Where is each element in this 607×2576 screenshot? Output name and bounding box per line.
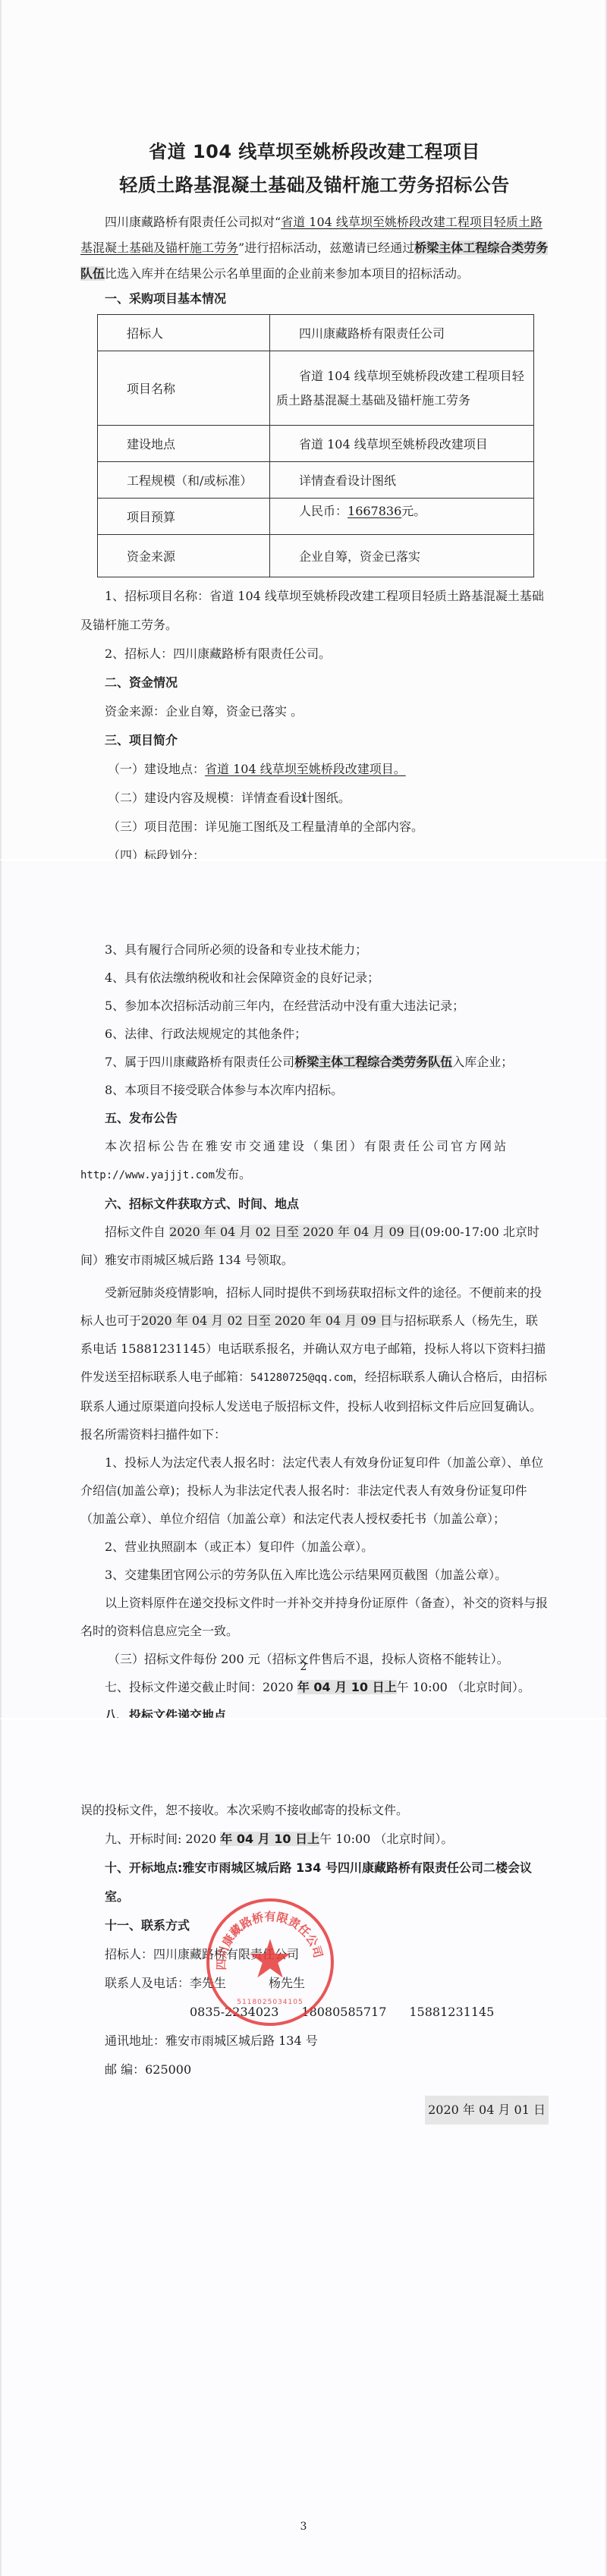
contact-postcode: 邮 编：625000 xyxy=(80,2055,549,2084)
section-6-heading: 六、招标文件获取方式、时间、地点 xyxy=(80,1190,549,1218)
contact-persons: 联系人及电话：李先生杨先生 xyxy=(80,1969,549,1998)
material-item: 2、营业执照副本（或正本）复印件（加盖公章）。 xyxy=(80,1533,549,1561)
page-2: 3、具有履行合同所必须的设备和专业技术能力； 4、具有依法缴纳税收和社会保障资金… xyxy=(0,859,607,1718)
remote-obtain-text: 受新冠肺炎疫情影响，招标人同时提供不到场获取招标文件的途径。不便前来的投标人也可… xyxy=(80,1279,549,1448)
budget-amount: 1667836 xyxy=(348,504,401,518)
phone-number[interactable]: 18080585717 xyxy=(301,1998,386,2027)
page-2-content: 3、具有履行合同所必须的设备和专业技术能力； 4、具有依法缴纳税收和社会保障资金… xyxy=(80,936,549,1718)
table-row: 项目预算 人民币：1667836元。 xyxy=(98,499,534,535)
title-line-2: 轻质土路基混凝土基础及锚杆施工劳务招标公告 xyxy=(80,168,549,202)
phone-number[interactable]: 15881231145 xyxy=(409,1998,494,2027)
table-row: 建设地点 省道 104 线草坝至姚桥段改建项目 xyxy=(98,426,534,462)
section-11-heading: 十一、联系方式 xyxy=(80,1911,549,1940)
item-tender-name: 1、招标项目名称：省道 104 线草坝至姚桥段改建工程项目轻质土路基混凝土基础及… xyxy=(80,582,549,640)
lots-heading: （四）标段划分： xyxy=(80,841,549,859)
condition-item: 3、具有履行合同所必须的设备和专业技术能力； xyxy=(80,936,549,964)
condition-item: 4、具有依法缴纳税收和社会保障资金的良好记录； xyxy=(80,964,549,992)
section-1-heading: 一、采购项目基本情况 xyxy=(80,287,549,311)
table-row: 资金来源 企业自筹，资金已落实 xyxy=(98,535,534,577)
page-3: 误的投标文件，恕不接收。本次采购不接收邮寄的投标文件。 九、开标时间: 2020… xyxy=(0,1718,607,2576)
obtain-docs-text: 招标文件自 2020 年 04 月 02 日至 2020 年 04 月 09 日… xyxy=(80,1218,549,1274)
section-9-opening-time: 九、开标时间: 2020 年 04 月 10 日上午 10:00 （北京时间）。 xyxy=(80,1825,549,1854)
title-line-1: 省道 104 线草坝至姚桥段改建工程项目 xyxy=(80,135,549,168)
section-3-heading: 三、项目简介 xyxy=(80,726,549,755)
contact-address: 通讯地址：雅安市雨城区城后路 134 号 xyxy=(80,2027,549,2055)
phone-number[interactable]: 0835-2234023 xyxy=(190,1998,278,2027)
condition-item: 8、本项目不接受联合体参与本次库内招标。 xyxy=(80,1076,549,1104)
section-10-opening-place: 十、开标地点:雅安市雨城区城后路 134 号四川康藏路桥有限责任公司二楼会议室。 xyxy=(80,1854,549,1911)
page-number: 1 xyxy=(2,792,605,804)
section-8-heading: 八、投标文件递交地点 xyxy=(80,1701,549,1718)
project-info-table: 招标人 四川康藏路桥有限责任公司 项目名称 省道 104 线草坝至姚桥段改建工程… xyxy=(97,314,534,577)
page-number: 2 xyxy=(2,1661,605,1673)
condition-item: 6、法律、行政法规规定的其他条件； xyxy=(80,1020,549,1048)
contact-phones: 0835-22340231808058571715881231145 xyxy=(80,1998,549,2027)
section-7-deadline: 七、投标文件递交截止时间：2020 年 04 月 10 日上午 10:00 （北… xyxy=(80,1673,549,1701)
funding-text: 资金来源：企业自筹，资金已落实 。 xyxy=(80,697,549,726)
website-link[interactable]: http://www.yajjjt.com xyxy=(80,1169,215,1181)
contact-email[interactable]: 541280725@qq.com xyxy=(250,1372,353,1384)
page-1-content: 省道 104 线草坝至姚桥段改建工程项目 轻质土路基混凝土基础及锚杆施工劳务招标… xyxy=(80,135,549,859)
intro-paragraph: 四川康藏路桥有限责任公司拟对“省道 104 线草坝至姚桥段改建工程项目轻质土路基… xyxy=(80,209,549,287)
page-3-content: 误的投标文件，恕不接收。本次采购不接收邮寄的投标文件。 九、开标时间: 2020… xyxy=(80,1796,549,2084)
page-1: 省道 104 线草坝至姚桥段改建工程项目 轻质土路基混凝土基础及锚杆施工劳务招标… xyxy=(0,0,607,859)
table-row: 招标人 四川康藏路桥有限责任公司 xyxy=(98,315,534,351)
publish-url-line: http://www.yajjjt.com发布。 xyxy=(80,1160,549,1190)
material-item: 1、投标人为法定代表人报名时：法定代表人有效身份证复印件（加盖公章）、单位介绍信… xyxy=(80,1448,549,1533)
table-row: 项目名称 省道 104 线草坝至姚桥段改建工程项目轻 质土路基混凝土基础及锚杆施… xyxy=(98,351,534,426)
project-scope: （三）项目范围：详见施工图纸及工程量清单的全部内容。 xyxy=(80,813,549,841)
section-5-heading: 五、发布公告 xyxy=(80,1104,549,1132)
construction-location: （一）建设地点：省道 104 线草坝至姚桥段改建项目。 xyxy=(80,755,549,784)
condition-item: 5、参加本次招标活动前三年内，在经营活动中没有重大违法记录； xyxy=(80,992,549,1020)
table-row: 工程规模（和/或标准） 详情查看设计图纸 xyxy=(98,462,534,499)
condition-item-7: 7、属于四川康藏路桥有限责任公司桥梁主体工程综合类劳务队伍入库企业； xyxy=(80,1048,549,1076)
section-2-heading: 二、资金情况 xyxy=(80,668,549,697)
item-tenderer: 2、招标人：四川康藏路桥有限责任公司。 xyxy=(80,640,549,668)
material-item: 3、交建集团官网公示的劳务队伍入库比选公示结果网页截图（加盖公章）。 xyxy=(80,1561,549,1589)
submission-text-cont: 误的投标文件，恕不接收。本次采购不接收邮寄的投标文件。 xyxy=(80,1796,549,1825)
contact-tenderer: 招标人：四川康藏路桥有限责任公司 xyxy=(80,1940,549,1969)
announcement-date: 2020 年 04 月 01 日 xyxy=(425,2096,549,2125)
page-number: 3 xyxy=(2,2521,605,2533)
materials-note: 以上资料原件在递交投标文件时一并补交并持身份证原件（备查），补交的资料与报名时的… xyxy=(80,1589,549,1645)
publish-text: 本次招标公告在雅安市交通建设（集团）有限责任公司官方网站 xyxy=(80,1132,549,1160)
